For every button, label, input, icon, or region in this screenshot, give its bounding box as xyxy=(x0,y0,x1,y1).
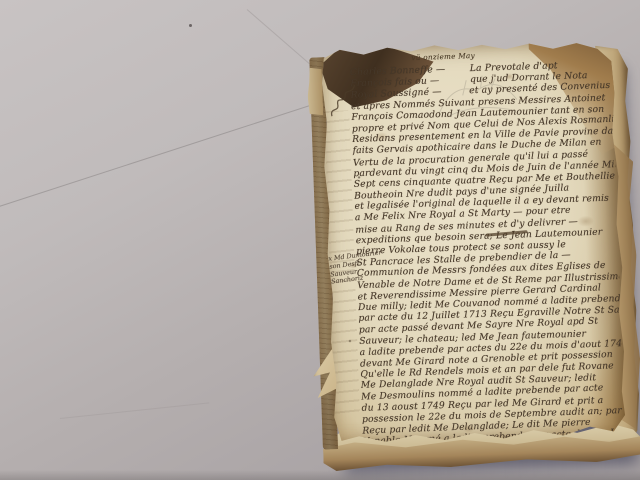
surface-scratch xyxy=(0,92,350,208)
manuscript-stack: vü onzieme May x Md Dumourierson DesftSa… xyxy=(308,19,640,474)
manuscript-text-block: Charles Bonneffe — La Prevotale d'aptFra… xyxy=(350,58,625,451)
dust-speck xyxy=(189,24,192,27)
table-edge-shading xyxy=(0,470,640,480)
surface-scratch xyxy=(60,402,209,419)
manuscript-page: vü onzieme May x Md Dumourierson DesftSa… xyxy=(319,37,629,445)
heading-line: vü onzieme May xyxy=(411,51,475,62)
